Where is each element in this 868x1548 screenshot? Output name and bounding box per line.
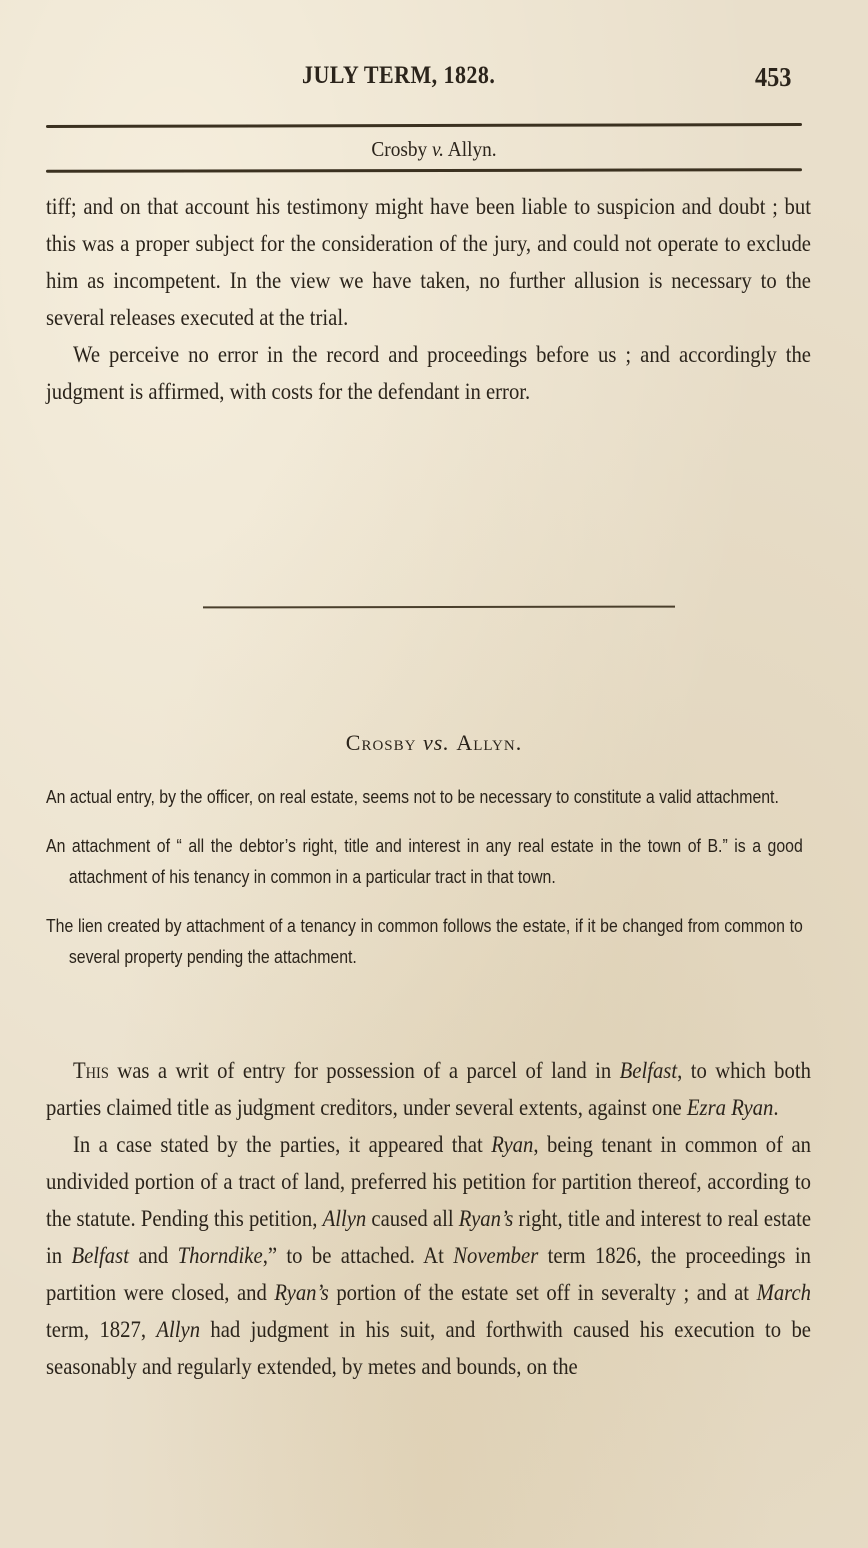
page-number: 453 [755, 62, 791, 93]
title-versus: vs. [423, 730, 450, 755]
statement-paragraph-2: In a case stated by the parties, it appe… [46, 1126, 811, 1385]
person-name: Ezra Ryan [687, 1095, 773, 1120]
person-name: Ryan’s [459, 1206, 513, 1231]
opinion-paragraph: We perceive no error in the record and p… [46, 336, 811, 410]
term-name: November [453, 1243, 538, 1268]
text-run: was a writ of entry for possession of a … [109, 1058, 620, 1083]
text-run: caused all [366, 1206, 459, 1231]
text-run: term, 1827, [46, 1317, 156, 1342]
running-head: JULY TERM, 1828. 453 [0, 62, 868, 98]
lead-word: This [73, 1058, 109, 1083]
book-page: JULY TERM, 1828. 453 Crosby v. Allyn. ti… [0, 0, 868, 1548]
header-rule-bottom [46, 168, 802, 173]
title-defendant: Allyn. [456, 730, 522, 755]
term-name: March [757, 1280, 811, 1305]
case-statement: This was a writ of entry for possession … [46, 1052, 811, 1385]
caption-plaintiff: Crosby [371, 137, 427, 161]
place-name: Belfast [71, 1243, 129, 1268]
text-run: In a case stated by the parties, it appe… [73, 1132, 491, 1157]
headnote: An attachment of “ all the debtor’s righ… [46, 831, 803, 893]
text-run: and [129, 1243, 178, 1268]
caption-versus: v. [432, 137, 444, 161]
text-run: portion of the estate set off in several… [329, 1280, 757, 1305]
headnote: The lien created by attachment of a tena… [46, 911, 803, 973]
headnote: An actual entry, by the officer, on real… [46, 782, 803, 813]
case-caption: Crosby v. Allyn. [35, 137, 834, 162]
person-name: Ryan’s [274, 1280, 328, 1305]
person-name: Ryan [491, 1132, 533, 1157]
place-name: Thorndike [178, 1243, 263, 1268]
running-title: JULY TERM, 1828. [302, 62, 495, 90]
statement-paragraph-1: This was a writ of entry for possession … [46, 1052, 811, 1126]
text-run: . [773, 1095, 778, 1120]
place-name: Belfast [620, 1058, 678, 1083]
person-name: Allyn [156, 1317, 200, 1342]
opinion-paragraph: tiff; and on that account his testimony … [46, 188, 811, 336]
headnotes: An actual entry, by the officer, on real… [46, 782, 803, 991]
caption-defendant: Allyn. [448, 137, 497, 161]
title-plaintiff: Crosby [346, 730, 417, 755]
person-name: Allyn [323, 1206, 367, 1231]
header-rule-top [46, 123, 802, 128]
section-divider [203, 606, 675, 608]
case-title: Crosby vs. Allyn. [0, 730, 868, 756]
continued-opinion: tiff; and on that account his testimony … [46, 188, 811, 410]
text-run: ,” to be attached. At [263, 1243, 454, 1268]
